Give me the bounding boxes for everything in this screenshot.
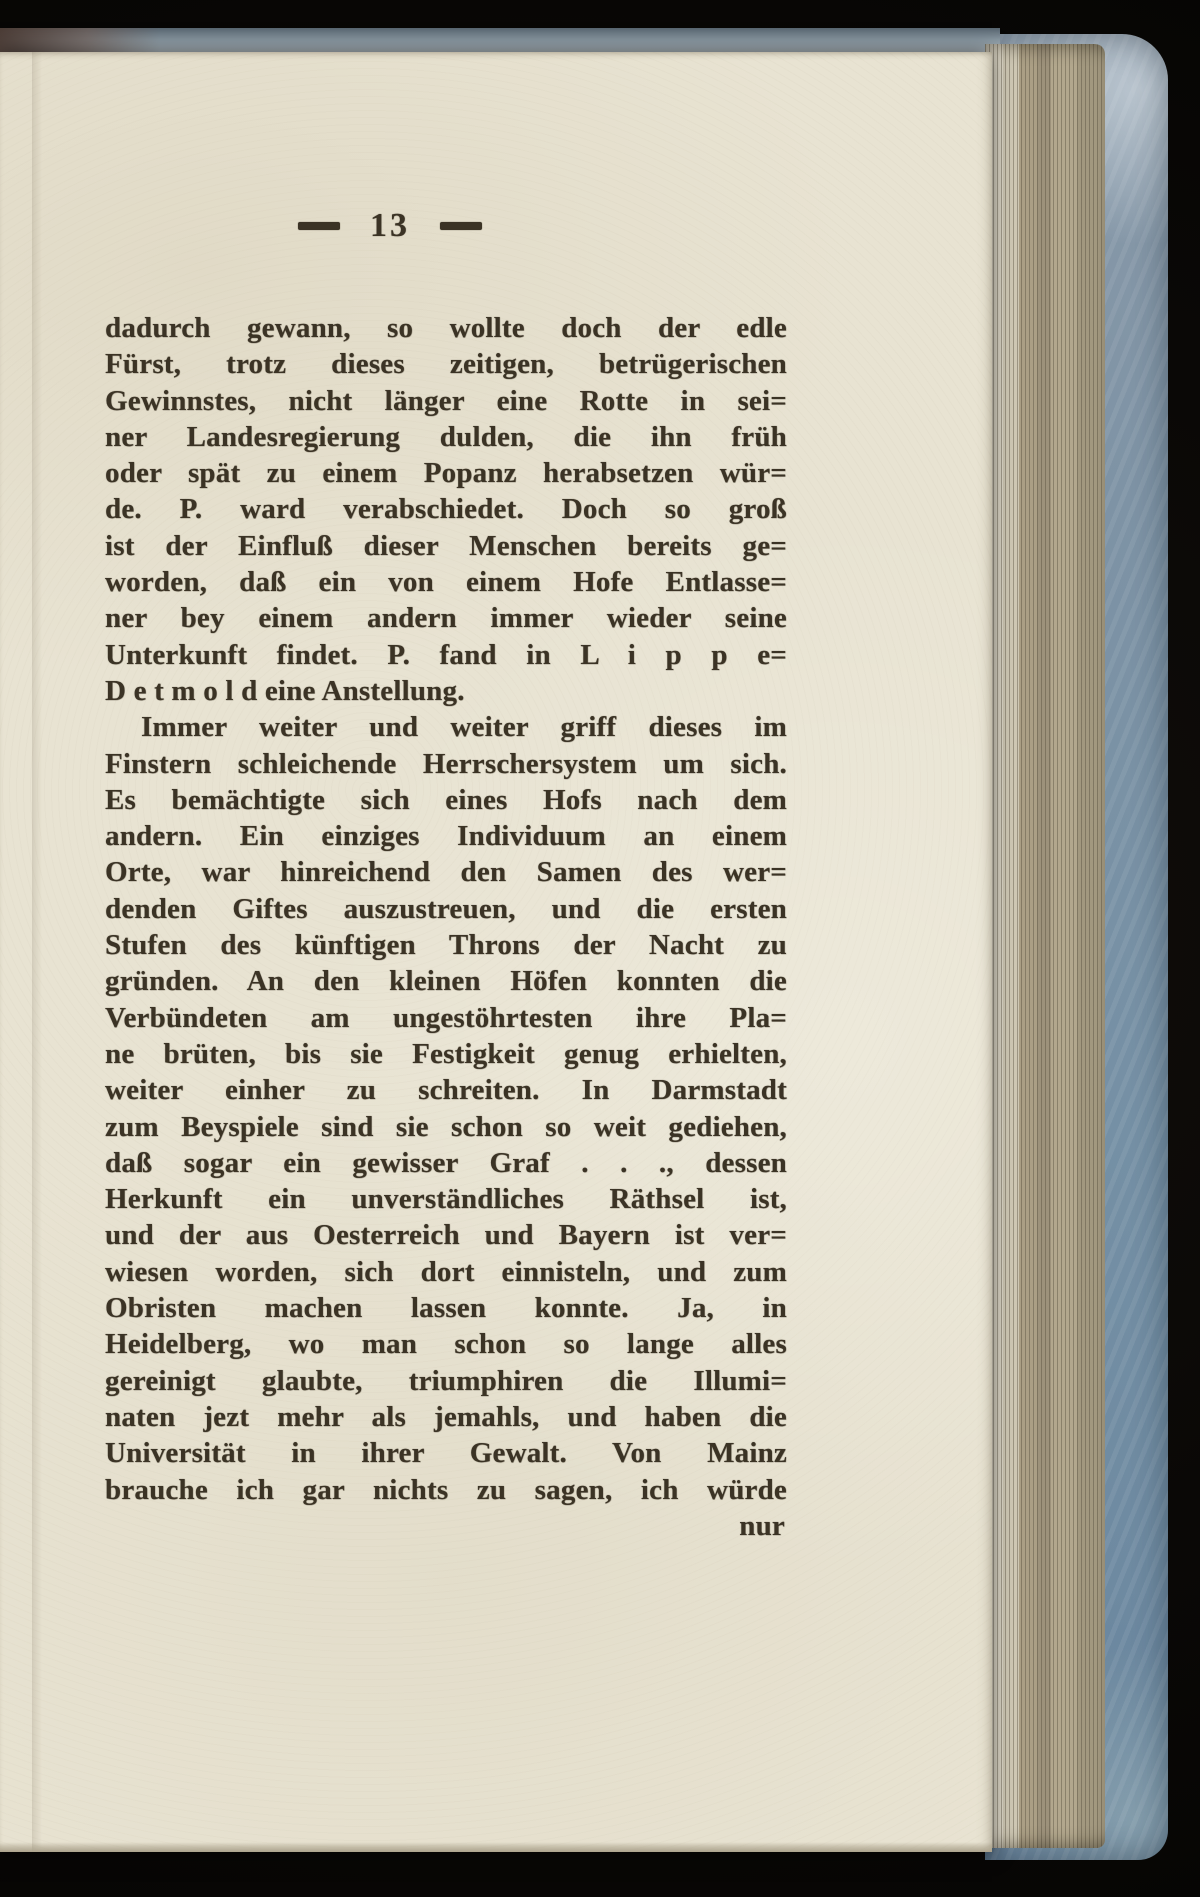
text-block: dadurch gewann, so wollte doch der edleF… (105, 310, 787, 1544)
text-line: Gewinnstes, nicht länger eine Rotte in s… (105, 383, 787, 419)
text-line: dadurch gewann, so wollte doch der edle (105, 310, 787, 346)
text-line: D e t m o l d eine Anstellung. (105, 673, 787, 709)
page-number: 13 (370, 207, 410, 245)
text-line: Es bemächtigte sich eines Hofs nach dem (105, 782, 787, 818)
text-line: Unterkunft findet. P. fand in L i p p e= (105, 637, 787, 673)
text-line: ist der Einfluß dieser Menschen bereits … (105, 528, 787, 564)
text-line: denden Giftes auszustreuen, und die erst… (105, 891, 787, 927)
text-line: Fürst, trotz dieses zeitigen, betrügeris… (105, 346, 787, 382)
text-line: brauche ich gar nichts zu sagen, ich wür… (105, 1472, 787, 1508)
text-line: Orte, war hinreichend den Samen des wer= (105, 854, 787, 890)
text-line: und der aus Oesterreich und Bayern ist v… (105, 1217, 787, 1253)
text-line: worden, daß ein von einem Hofe Entlasse= (105, 564, 787, 600)
text-line: gründen. An den kleinen Höfen konnten di… (105, 963, 787, 999)
text-line: Heidelberg, wo man schon so lange alles (105, 1326, 787, 1362)
text-line: Universität in ihrer Gewalt. Von Mainz (105, 1435, 787, 1471)
fore-edge-page-stack (985, 44, 1105, 1848)
text-line: oder spät zu einem Popanz herabsetzen wü… (105, 455, 787, 491)
book-scan: 13 dadurch gewann, so wollte doch der ed… (0, 0, 1200, 1897)
text-line: naten jezt mehr als jemahls, und haben d… (105, 1399, 787, 1435)
text-line: Verbündeten am ungestöhrtesten ihre Pla= (105, 1000, 787, 1036)
text-line: ner bey einem andern immer wieder seine (105, 600, 787, 636)
text-line: weiter einher zu schreiten. In Darmstadt (105, 1072, 787, 1108)
text-line: Finstern schleichende Herrschersystem um… (105, 746, 787, 782)
text-line: Herkunft ein unverständliches Räthsel is… (105, 1181, 787, 1217)
text-line: wiesen worden, sich dort einnisteln, und… (105, 1254, 787, 1290)
text-line: Stufen des künftigen Throns der Nacht zu (105, 927, 787, 963)
text-line: de. P. ward verabschiedet. Doch so groß (105, 491, 787, 527)
text-line: ne brüten, bis sie Festigkeit genug erhi… (105, 1036, 787, 1072)
text-line: ner Landesregierung dulden, die ihn früh (105, 419, 787, 455)
text-line: andern. Ein einziges Individuum an einem (105, 818, 787, 854)
catchword-line: nur (105, 1508, 787, 1544)
text-line: Obristen machen lassen konnte. Ja, in (105, 1290, 787, 1326)
text-line: gereinigt glaubte, triumphiren die Illum… (105, 1363, 787, 1399)
text-line: zum Beyspiele sind sie schon so weit ged… (105, 1109, 787, 1145)
page-header: 13 (0, 204, 780, 248)
header-rule-right (440, 222, 482, 230)
text-line: Immer weiter und weiter griff dieses im (105, 709, 787, 745)
catchword: nur (739, 1510, 785, 1542)
book-page: 13 dadurch gewann, so wollte doch der ed… (0, 52, 992, 1852)
text-line: daß sogar ein gewisser Graf . . ., desse… (105, 1145, 787, 1181)
header-rule-left (298, 222, 340, 230)
